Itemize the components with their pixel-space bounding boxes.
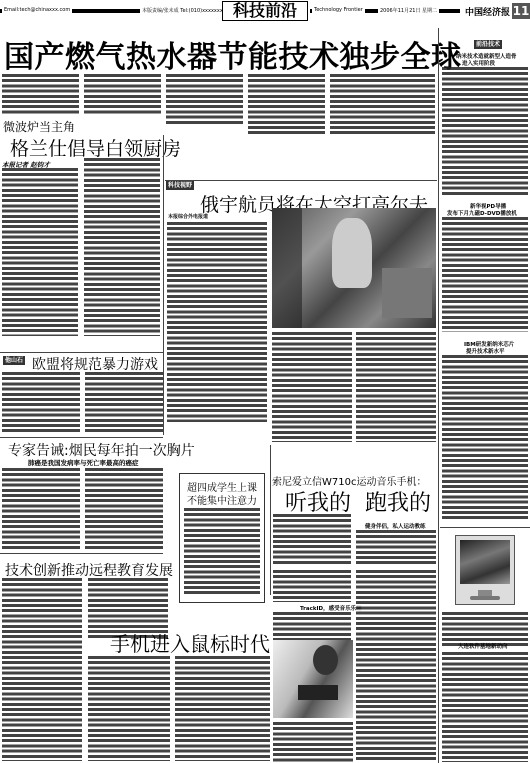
- photo-equipment: [382, 268, 432, 318]
- astronaut-col3: [356, 332, 436, 442]
- sidebar-item1-subtitle: 进入实用阶段: [462, 59, 495, 67]
- sony-subhead-1: 健身伴侣，私人运动教练: [365, 522, 426, 530]
- microwave-headline: 格兰仕倡导白领厨房: [10, 134, 181, 161]
- sony-col4: [273, 722, 353, 762]
- sony-col1: [273, 514, 351, 564]
- sidebar-item2-subtitle: 发布下月九磁D-DVD播放机: [447, 209, 517, 217]
- masthead-logo: 中国经济报: [465, 5, 510, 18]
- mouse-phone-col1: [88, 656, 170, 761]
- students-headline-line2: 不能集中注意力: [180, 492, 264, 507]
- photo-head: [313, 645, 338, 675]
- sidebar-item1-body: [442, 67, 528, 197]
- main-article-col1: [2, 74, 79, 114]
- astronaut-byline: 本报综合外电报道: [168, 213, 208, 220]
- sony-headline-right: 跑我的: [365, 486, 431, 517]
- sony-col3: [356, 570, 436, 760]
- astronaut-top-rule: [165, 180, 437, 181]
- sidebar-item5-body: [442, 652, 528, 762]
- header-editor: 本版责编/张未成 Tel:(010)xxxxxxxx: [140, 7, 228, 14]
- photo-shadow: [272, 208, 302, 328]
- sidebar-item3-body: [442, 355, 528, 520]
- astronaut-col2: [272, 332, 352, 442]
- edu-headline: 技术创新推动远程教育发展: [5, 560, 173, 580]
- sony-subhead-2: TrackID，感受音乐乐趣: [300, 604, 362, 612]
- sidebar-item5-title: 大连软件基地新动向: [458, 642, 508, 650]
- monitor-base: [470, 596, 500, 600]
- header-date: 2006年11月21日 星期二: [378, 7, 439, 14]
- monitor-screen: [460, 540, 510, 584]
- astronaut-tag: 科技视野: [166, 181, 194, 190]
- smoker-headline: 专家告诫:烟民每年拍一次胸片: [8, 440, 195, 460]
- photo-armband: [298, 685, 338, 700]
- header-section-english: Technology Frontier: [312, 7, 365, 13]
- sidebar-item2-body: [442, 217, 528, 332]
- column-divider: [163, 135, 164, 435]
- smoker-subhead: 肺癌是我国发病率与死亡率最高的癌症: [28, 458, 139, 467]
- column-divider-2: [270, 445, 271, 595]
- smoker-col2: [85, 468, 163, 550]
- header-email: Email:tech@chinaxxx.com: [2, 7, 72, 13]
- smoker-col1: [2, 468, 80, 550]
- main-article-col4: [248, 74, 325, 134]
- smoker-top-rule: [0, 437, 163, 438]
- main-article-col5: [330, 74, 435, 134]
- page-header: Email:tech@chinaxxx.com 本版责编/张未成 Tel:(01…: [0, 0, 530, 22]
- mouse-phone-headline: 手机进入鼠标时代: [110, 628, 270, 657]
- astronaut-photo: [272, 208, 436, 328]
- eu-headline: 欧盟将规范暴力游戏: [32, 354, 158, 374]
- astronaut-col1: [167, 222, 267, 422]
- sony-col1c: [273, 612, 351, 640]
- eu-col1: [2, 372, 80, 434]
- sony-runner-photo: [273, 640, 353, 718]
- edu-top-rule: [0, 553, 163, 554]
- microwave-col2: [84, 158, 160, 336]
- sony-col1b: [273, 570, 351, 602]
- main-article-col3: [166, 74, 243, 124]
- sidebar-rule: [440, 527, 530, 528]
- microwave-col1: [2, 168, 78, 336]
- main-headline: 国产燃气热水器节能技术独步全球: [4, 32, 462, 76]
- students-box: 超四成学生上课 不能集中注意力 本报讯 《国际教育》杂志调查显示，超过四成的中小…: [179, 473, 265, 603]
- sony-col2: [356, 530, 436, 566]
- mouse-phone-col2: [175, 656, 270, 761]
- eu-col2: [85, 372, 163, 434]
- sidebar-tag: 前沿技术: [474, 40, 502, 49]
- monitor-photo: [455, 535, 515, 605]
- main-article-col2: [84, 74, 161, 114]
- students-body-text: [184, 508, 260, 596]
- section-title: 科技前沿: [222, 1, 308, 21]
- sidebar-item3-subtitle: 提升技术新水平: [466, 347, 505, 355]
- sidebar-divider: [438, 28, 439, 763]
- edu-col1: [2, 578, 82, 761]
- page-number: 11: [512, 3, 530, 19]
- eu-tag: 他山石: [3, 356, 25, 365]
- microwave-kicker: 微波炉当主角: [3, 118, 75, 135]
- eu-top-rule: [0, 352, 163, 353]
- sony-headline-left: 听我的: [285, 486, 351, 517]
- astronaut-figure: [332, 218, 372, 288]
